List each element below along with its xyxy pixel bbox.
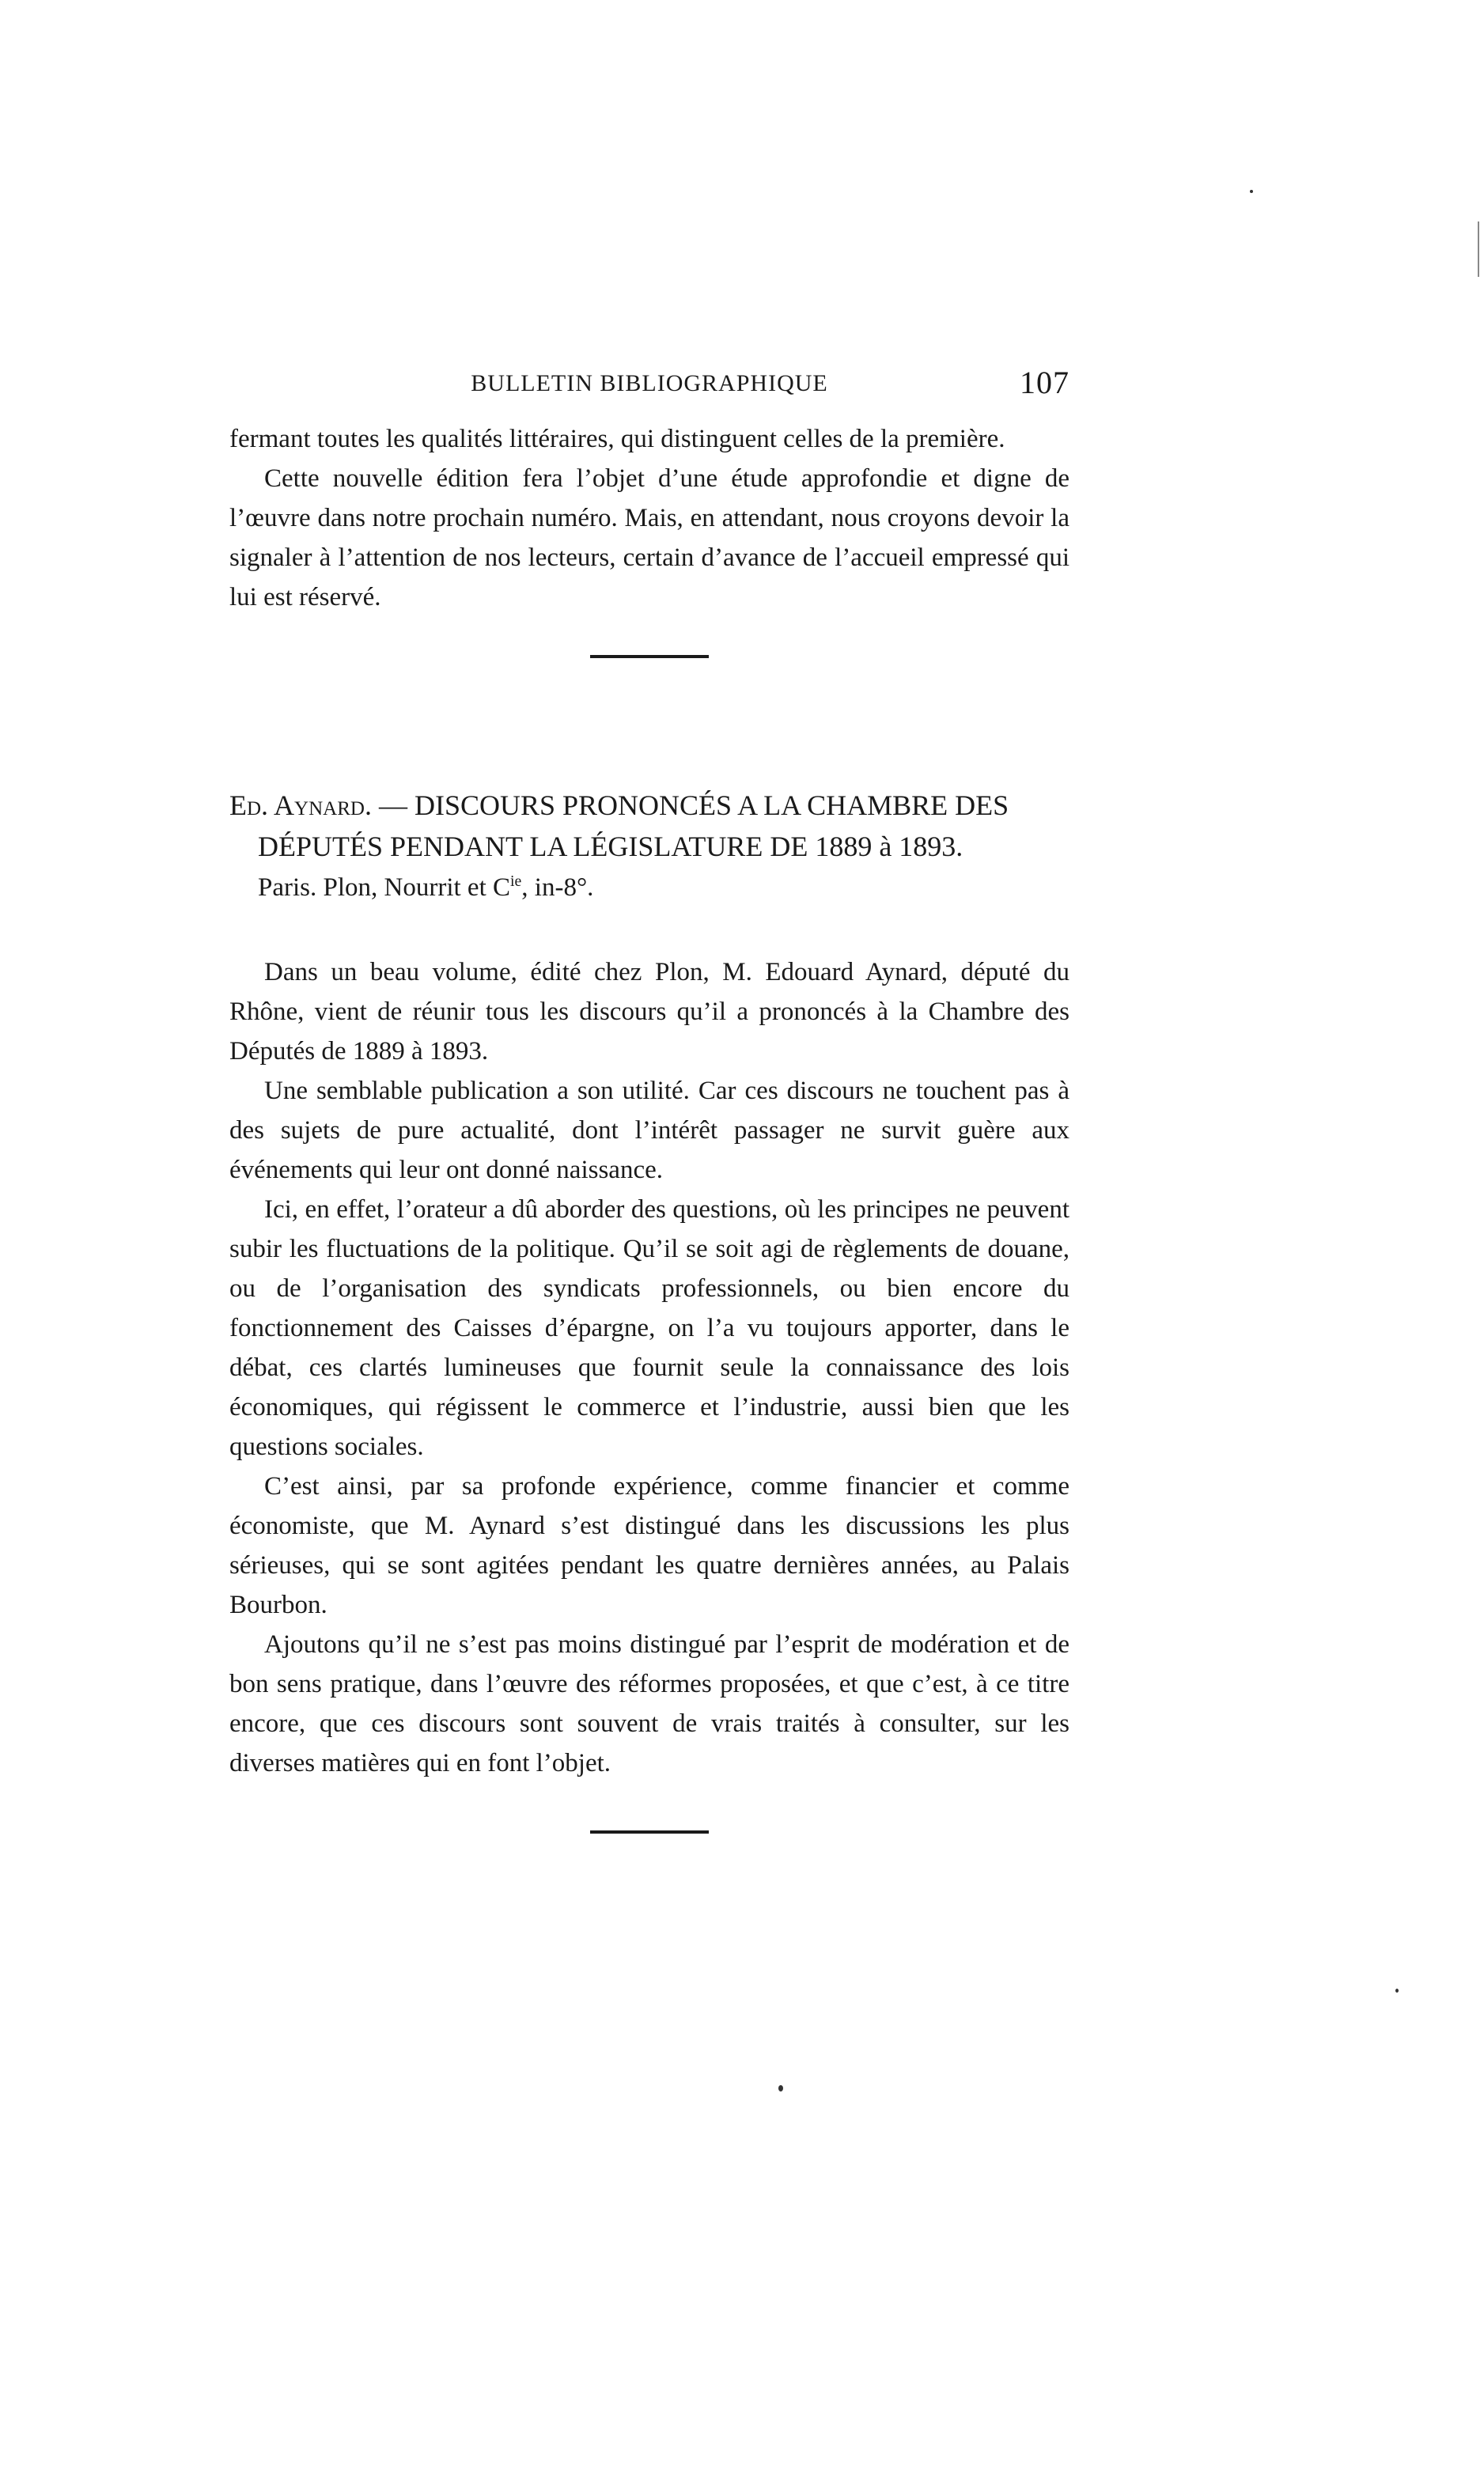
entry-title-line-1: Ed. Aynard. — DISCOURS PRONONCÉS A LA CH… <box>229 785 1069 826</box>
entry-dash: — <box>372 789 415 821</box>
previous-review-tail: fermant toutes les qualités littéraires,… <box>229 419 1069 617</box>
entry-title-line-2: DÉPUTÉS PENDANT LA LÉGISLATURE DE 1889 à… <box>229 826 1069 867</box>
entry-imprint: Paris. Plon, Nourrit et Cie, in-8°. <box>229 867 1069 908</box>
entry-title-part-1: DISCOURS PRONONCÉS A LA CHAMBRE DES <box>415 789 1009 821</box>
running-head: BULLETIN BIBLIOGRAPHIQUE 107 <box>229 364 1069 411</box>
review-body: Dans un beau volume, édité chez Plon, M.… <box>229 952 1069 1783</box>
paragraph: Ici, en effet, l’orateur a dû aborder de… <box>229 1190 1069 1467</box>
imprint-superscript: ie <box>510 873 521 890</box>
paragraph: fermant toutes les qualités littéraires,… <box>229 419 1069 459</box>
paragraph: Dans un beau volume, édité chez Plon, M.… <box>229 952 1069 1071</box>
scan-speck <box>778 2085 783 2091</box>
bibliographic-entry-heading: Ed. Aynard. — DISCOURS PRONONCÉS A LA CH… <box>229 785 1069 908</box>
book-page: BULLETIN BIBLIOGRAPHIQUE 107 fermant tou… <box>229 364 1069 1834</box>
paragraph: Une semblable publication a son utilité.… <box>229 1071 1069 1190</box>
scan-speck <box>1395 1989 1399 1993</box>
running-title: BULLETIN BIBLIOGRAPHIQUE <box>229 370 1069 397</box>
page-number: 107 <box>1020 364 1069 401</box>
scan-edge-mark <box>1478 221 1479 277</box>
paragraph: Ajoutons qu’il ne s’est pas moins distin… <box>229 1625 1069 1783</box>
paragraph: Cette nouvelle édition fera l’objet d’un… <box>229 459 1069 617</box>
imprint-format: , in-8°. <box>521 873 593 902</box>
section-divider <box>590 655 709 658</box>
section-divider <box>590 1830 709 1834</box>
entry-author: Ed. Aynard. <box>229 789 372 821</box>
imprint-text: Paris. Plon, Nourrit et C <box>258 873 510 902</box>
paragraph: C’est ainsi, par sa profonde expérience,… <box>229 1467 1069 1625</box>
scan-speck <box>1250 190 1253 193</box>
